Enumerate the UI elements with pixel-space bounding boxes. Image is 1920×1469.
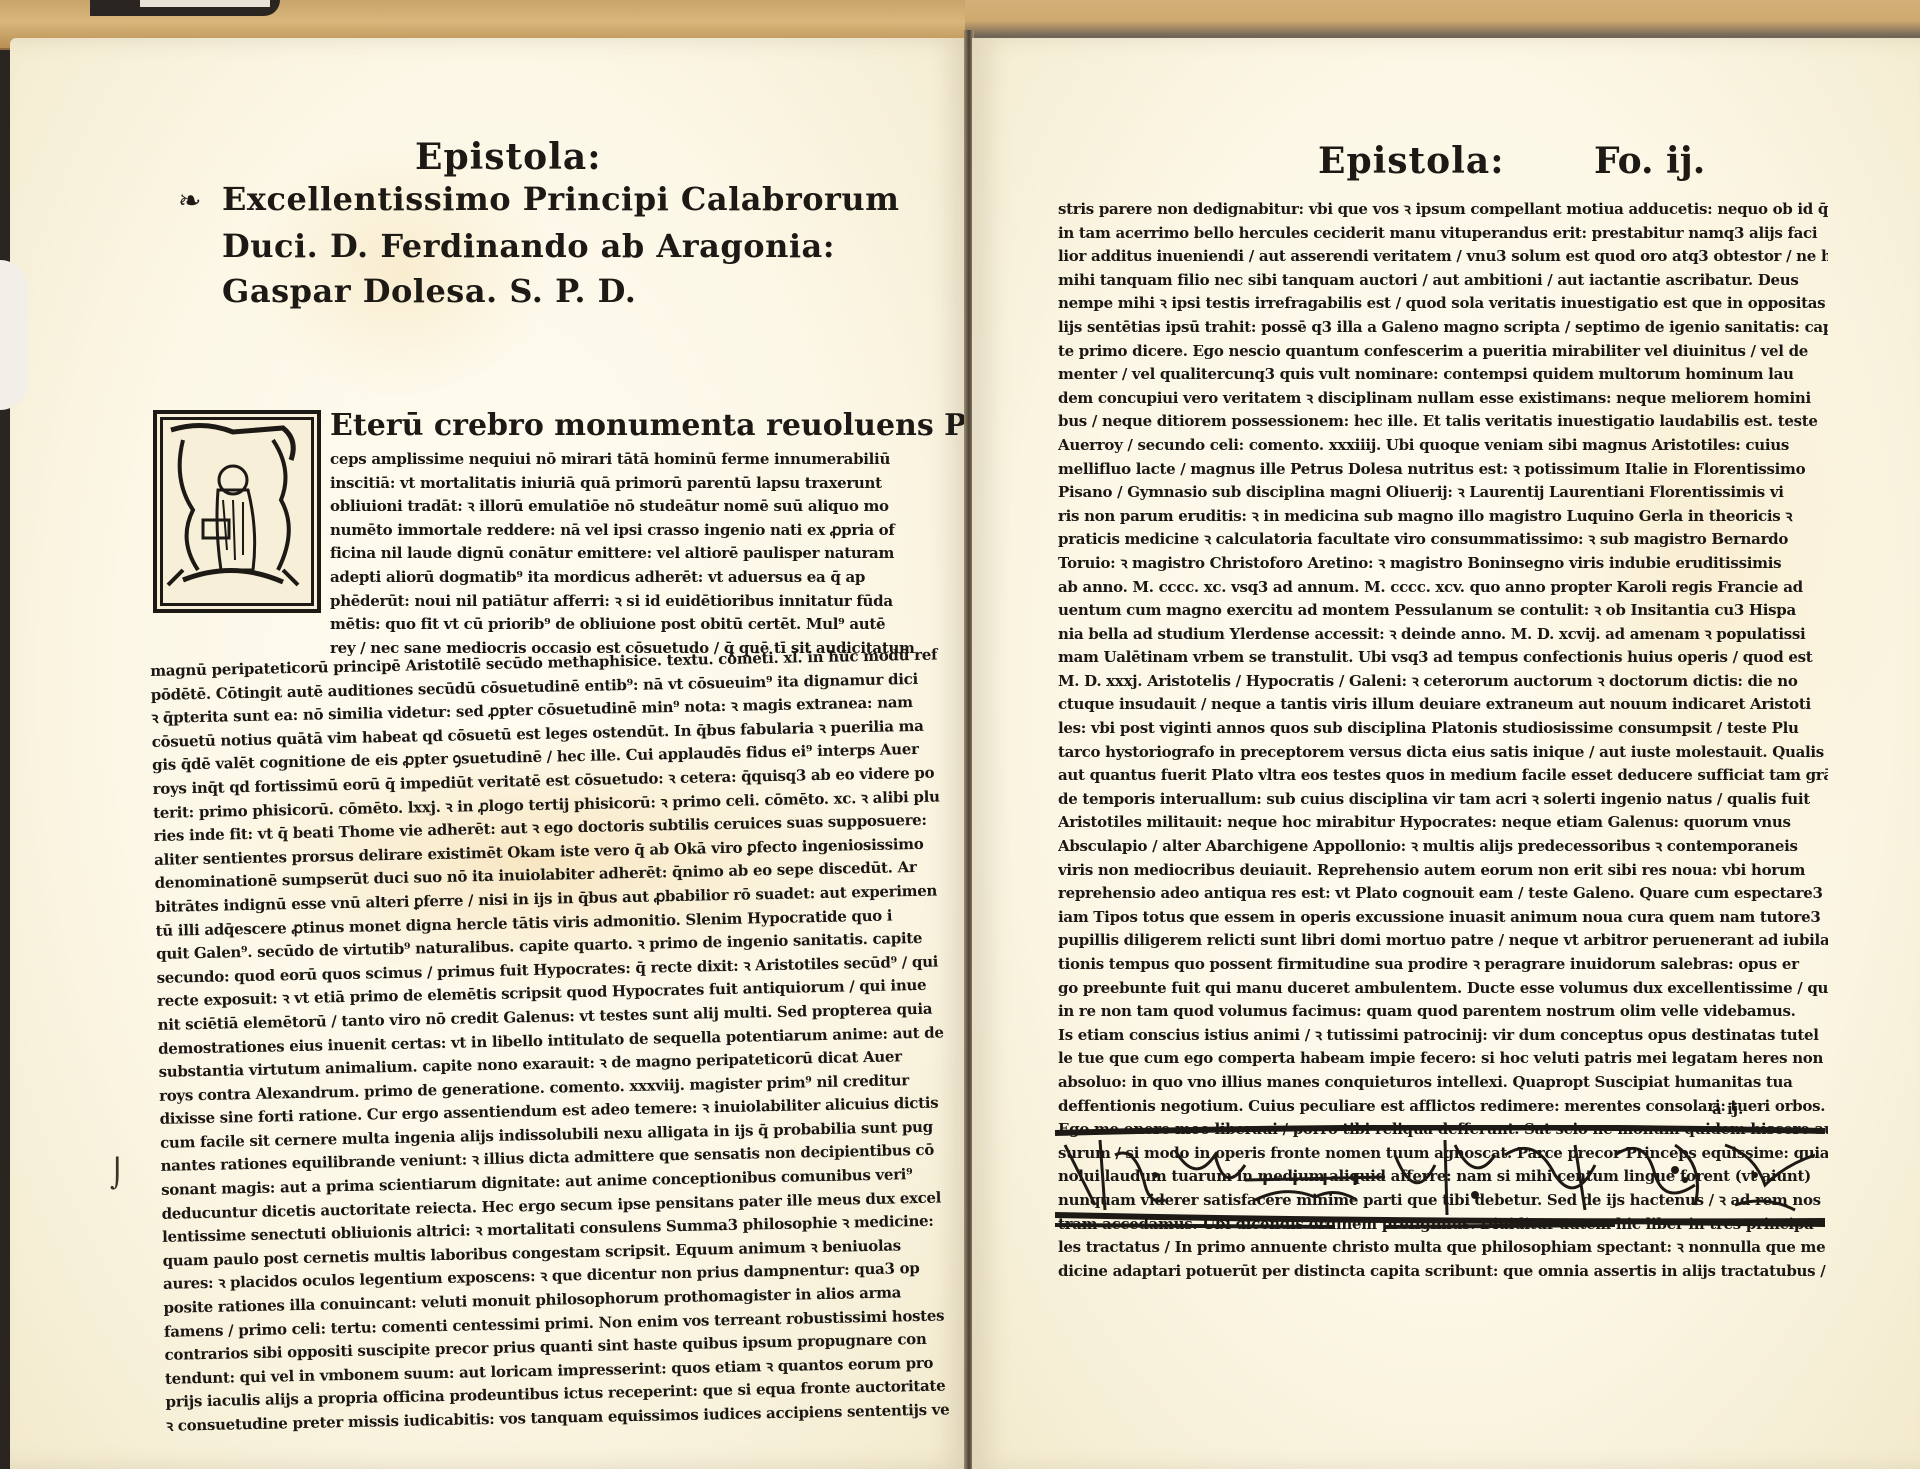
text-line: mētis: quo fit vt cū priorib⁹ de obliuio… bbox=[330, 613, 950, 637]
text-line: in tam acerrimo bello hercules ceciderit… bbox=[1058, 222, 1828, 246]
text-line: reprehensio adeo antiqua res est: vt Pla… bbox=[1058, 882, 1828, 906]
text-line: stris parere non dedignabitur: vbi que v… bbox=[1058, 198, 1828, 222]
dedication-line-1: Excellentissimo Principi Calabrorum bbox=[222, 180, 900, 218]
text-line: Pisano / Gymnasio sub disciplina magni O… bbox=[1058, 481, 1828, 505]
text-line: bus / neque ditiorem possessionem: hec i… bbox=[1058, 410, 1828, 434]
text-line: lior additus inueniendi / aut asserendi … bbox=[1058, 245, 1828, 269]
running-head-left: Epistola: bbox=[415, 136, 602, 178]
text-line: les: vbi post viginti annos quos sub dis… bbox=[1058, 717, 1828, 741]
text-line: absoluo: in quo vno illius manes conquie… bbox=[1058, 1071, 1828, 1095]
running-head-right: Epistola: bbox=[1318, 140, 1505, 182]
woodcut-foliage-border-icon bbox=[1055, 1125, 1825, 1230]
text-line: le tue que cum ego comperta habeam impie… bbox=[1058, 1047, 1828, 1071]
text-line: tionis tempus quo possent firmitudine su… bbox=[1058, 953, 1828, 977]
text-line: les tractatus / In primo annuente christ… bbox=[1058, 1236, 1828, 1260]
text-line: aut quantus fuerit Plato vltra eos teste… bbox=[1058, 764, 1828, 788]
text-line: dem concupiui vero veritatem ꝛ disciplin… bbox=[1058, 387, 1828, 411]
text-line: phēderūt: noui nil patiātur afferri: ꝛ s… bbox=[330, 590, 950, 614]
scribe-illustration-icon bbox=[163, 420, 303, 595]
text-line: inscitiā: vt mortalitatis iniuriā quā pr… bbox=[330, 472, 950, 496]
left-page-body: magnū peripateticorū principē Aristotilē… bbox=[150, 643, 956, 1438]
text-line: nempe mihi ꝛ ipsi testis irrefragabilis … bbox=[1058, 292, 1828, 316]
text-line: iam Tipos totus que essem in operis excu… bbox=[1058, 906, 1828, 930]
text-line: ctuque insudauit / neque a tantis viris … bbox=[1058, 693, 1828, 717]
text-line: Auerroy / secundo celi: comento. xxxiiij… bbox=[1058, 434, 1828, 458]
text-line: pupillis diligerem relicti sunt libri do… bbox=[1058, 929, 1828, 953]
text-line: obliuioni tradāt: ꝛ illorū emulatiōe nō … bbox=[330, 495, 950, 519]
text-line: go preebunte fuit qui manu duceret ambul… bbox=[1058, 977, 1828, 1001]
text-line: te primo dicere. Ego nescio quantum conf… bbox=[1058, 340, 1828, 364]
text-line: ceps amplissime nequiui nō mirari tātā h… bbox=[330, 448, 950, 472]
text-line: mihi tanquam filio nec sibi tanquam auct… bbox=[1058, 269, 1828, 293]
text-line: dicine adaptari potuerūt per distincta c… bbox=[1058, 1260, 1828, 1284]
fleuron-icon: ❧ bbox=[178, 184, 201, 217]
text-line: Absculapio / alter Abarchigene Appolloni… bbox=[1058, 835, 1828, 859]
dedication-line-2: Duci. D. Ferdinando ab Aragonia: bbox=[222, 227, 835, 265]
text-line: mellifluo lacte / magnus ille Petrus Dol… bbox=[1058, 458, 1828, 482]
text-line: viris non mediocribus deuiauit. Reprehen… bbox=[1058, 859, 1828, 883]
text-line: Toruio: ꝛ magistro Christoforo Aretino: … bbox=[1058, 552, 1828, 576]
text-line: praticis medicine ꝛ calculatoria faculta… bbox=[1058, 528, 1828, 552]
text-line: numēto immortale reddere: nā vel ipsi cr… bbox=[330, 519, 950, 543]
text-line: M. D. xxxj. Aristotelis / Hypocratis / G… bbox=[1058, 670, 1828, 694]
text-line: ris non parum eruditis: ꝛ in medicina su… bbox=[1058, 505, 1828, 529]
background-strip bbox=[140, 0, 270, 7]
text-line: lijs sentētias ipsū trahit: possē q3 ill… bbox=[1058, 316, 1828, 340]
signature-mark: a ij. bbox=[1712, 1100, 1743, 1118]
text-line: ficina nil laude dignū conātur emittere:… bbox=[330, 542, 950, 566]
marginal-pen-mark: ⌡ bbox=[110, 1157, 125, 1190]
text-line: ab anno. M. cccc. xc. vsq3 ad annum. M. … bbox=[1058, 576, 1828, 600]
text-line: tarco hystoriografo in preceptorem versu… bbox=[1058, 741, 1828, 765]
woodcut-initial-letter bbox=[153, 410, 321, 613]
text-beside-initial: ceps amplissime nequiui nō mirari tātā h… bbox=[330, 448, 950, 660]
thumb-holding-page bbox=[0, 260, 28, 410]
folio-number: Fo. ij. bbox=[1594, 140, 1705, 182]
text-line: Aristotiles militauit: neque hoc mirabit… bbox=[1058, 811, 1828, 835]
text-line: adepti aliorū dogmatib⁹ ita mordicus adh… bbox=[330, 566, 950, 590]
text-line: in re non tam quod volumus facimus: quam… bbox=[1058, 1000, 1828, 1024]
text-line: nia bella ad studium Ylerdense accessit:… bbox=[1058, 623, 1828, 647]
text-line: mam Ualētinam vrbem se transtulit. Ubi v… bbox=[1058, 646, 1828, 670]
text-line: Is etiam conscius istius animi / ꝛ tutis… bbox=[1058, 1024, 1828, 1048]
incipit-line: Eterū crebro monumenta reuoluens Prin bbox=[330, 408, 1016, 443]
dedication-line-3: Gaspar Dolesa. S. P. D. bbox=[222, 272, 636, 310]
text-line: menter / vel qualitercunq3 quis vult nom… bbox=[1058, 363, 1828, 387]
text-line: de temporis interuallum: sub cuius disci… bbox=[1058, 788, 1828, 812]
text-line: uentum cum magno exercitu ad montem Pess… bbox=[1058, 599, 1828, 623]
right-page-body: stris parere non dedignabitur: vbi que v… bbox=[1058, 198, 1828, 1283]
